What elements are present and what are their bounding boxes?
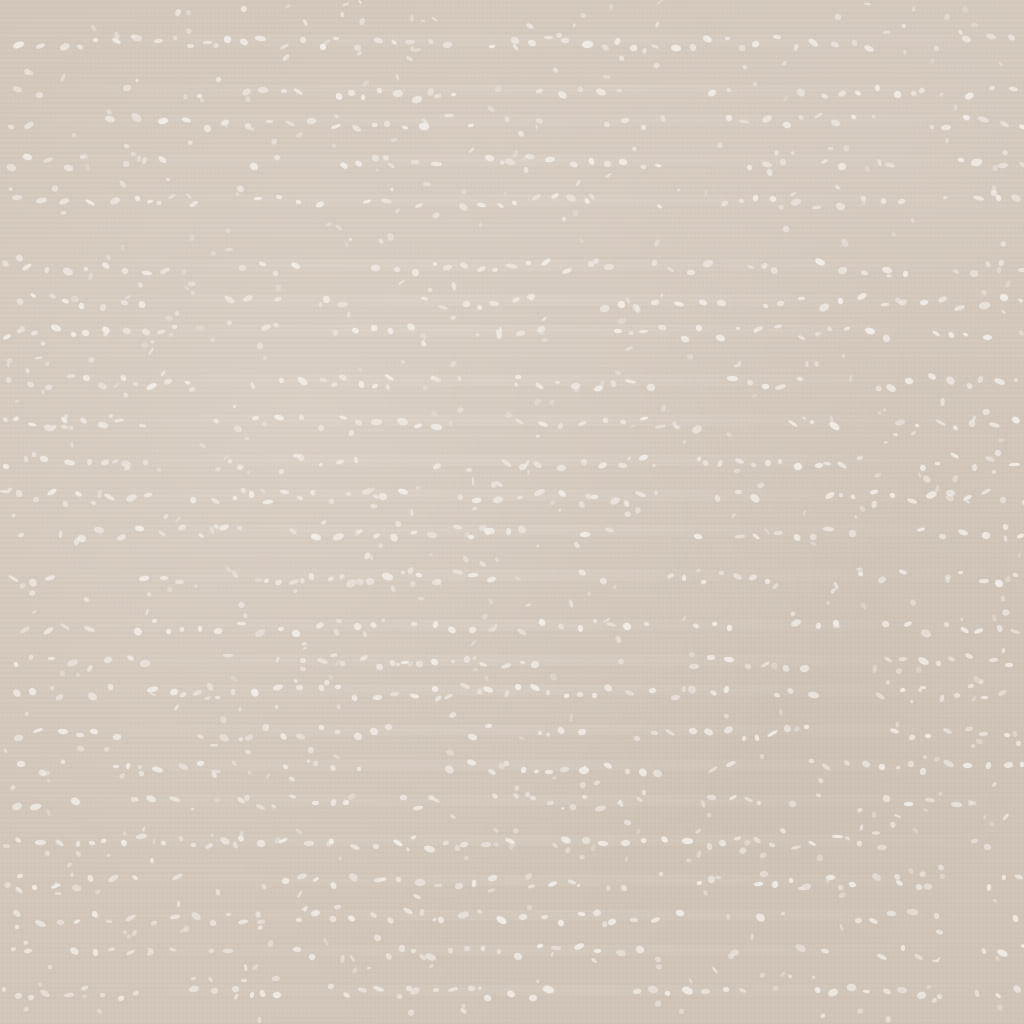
tuft-fleck xyxy=(113,765,119,768)
tuft-fleck xyxy=(724,657,734,663)
tuft-fleck xyxy=(641,165,646,170)
tuft-fleck xyxy=(272,270,278,276)
tuft-fleck xyxy=(8,487,12,490)
tuft-fleck xyxy=(639,329,648,333)
tuft-fleck xyxy=(923,755,927,759)
tuft-fleck xyxy=(367,966,371,969)
tuft-band xyxy=(0,655,1024,665)
tuft-fleck xyxy=(373,844,379,849)
tuft-band xyxy=(0,945,1024,955)
tuft-fleck xyxy=(2,844,9,849)
tuft-fleck xyxy=(371,418,382,425)
tuft-fleck xyxy=(215,696,220,699)
tuft-fleck xyxy=(226,320,232,325)
tuft-fleck xyxy=(582,795,587,799)
tuft-fleck xyxy=(544,36,553,39)
tuft-fleck xyxy=(789,801,796,807)
tuft-fleck xyxy=(727,375,738,380)
tuft-fleck xyxy=(907,909,918,915)
tuft-fleck xyxy=(933,912,939,919)
tuft-fleck xyxy=(1019,762,1024,767)
tuft-fleck xyxy=(2,987,6,992)
tuft-fleck xyxy=(411,621,417,625)
tuft-fleck xyxy=(717,143,722,148)
tuft-fleck xyxy=(527,905,533,910)
tuft-fleck xyxy=(431,424,442,430)
tuft-fleck xyxy=(196,325,204,330)
tuft-fleck xyxy=(682,838,693,845)
tuft-fleck xyxy=(604,160,611,167)
tuft-fleck xyxy=(728,954,734,959)
tuft-fleck xyxy=(750,934,754,940)
tuft-fleck xyxy=(130,34,135,38)
tuft-fleck xyxy=(29,687,36,694)
tuft-fleck xyxy=(739,199,744,203)
tuft-fleck xyxy=(431,161,442,165)
tuft-fleck xyxy=(991,190,997,196)
tuft-fleck xyxy=(386,384,390,389)
tuft-fleck xyxy=(971,23,978,27)
tuft-fleck xyxy=(79,303,85,309)
tuft-fleck xyxy=(904,802,913,806)
tuft-fleck xyxy=(647,384,655,391)
carpet-pile-overlay xyxy=(0,0,1024,1024)
tuft-fleck xyxy=(828,147,833,150)
tuft-fleck xyxy=(59,531,62,538)
tuft-fleck xyxy=(576,691,582,696)
tuft-fleck xyxy=(348,90,355,96)
tuft-fleck xyxy=(904,50,907,54)
tuft-fleck xyxy=(735,489,742,494)
tuft-fleck xyxy=(881,198,886,204)
tuft-band xyxy=(0,415,1024,425)
tuft-fleck xyxy=(167,586,173,592)
tuft-band xyxy=(0,570,1024,580)
tuft-fleck xyxy=(602,418,608,423)
tuft-fleck xyxy=(411,160,419,165)
tuft-fleck xyxy=(69,426,73,430)
tuft-fleck xyxy=(25,711,28,715)
tuft-fleck xyxy=(319,725,324,730)
tuft-fleck xyxy=(210,743,218,746)
tuft-fleck xyxy=(798,887,803,890)
tuft-fleck xyxy=(676,909,685,915)
tuft-fleck xyxy=(357,766,362,770)
tuft-fleck xyxy=(464,855,469,859)
tuft-fleck xyxy=(238,707,242,712)
tuft-fleck xyxy=(823,527,834,531)
tuft-fleck xyxy=(449,421,453,426)
tuft-fleck xyxy=(616,88,621,92)
tuft-fleck xyxy=(924,884,932,890)
tuft-fleck xyxy=(1012,572,1018,576)
tuft-fleck xyxy=(524,167,528,173)
tuft-fleck xyxy=(304,841,314,846)
tuft-fleck xyxy=(225,227,230,233)
tuft-fleck xyxy=(618,659,624,664)
tuft-fleck xyxy=(237,622,246,625)
tuft-fleck xyxy=(448,947,453,952)
tuft-fleck xyxy=(614,329,622,333)
tuft-fleck xyxy=(296,917,302,921)
tuft-fleck xyxy=(838,298,843,304)
tuft-fleck xyxy=(377,88,382,93)
tuft-fleck xyxy=(592,693,597,699)
tuft-fleck xyxy=(979,578,989,583)
tuft-fleck xyxy=(93,37,99,41)
tuft-fleck xyxy=(423,181,431,185)
tuft-fleck xyxy=(333,37,339,40)
tuft-fleck xyxy=(747,165,752,171)
tuft-fleck xyxy=(134,195,140,201)
tuft-fleck xyxy=(203,40,212,44)
tuft-fleck xyxy=(231,985,239,992)
tuft-fleck xyxy=(108,684,113,690)
tuft-fleck xyxy=(538,731,542,735)
tuft-band xyxy=(0,725,1024,735)
tuft-fleck xyxy=(610,380,616,388)
tuft-band xyxy=(0,525,1024,535)
tuft-fleck xyxy=(437,578,441,585)
tuft-fleck xyxy=(257,1017,262,1023)
tuft-fleck xyxy=(1018,267,1024,271)
tuft-band xyxy=(0,115,1024,125)
tuft-fleck xyxy=(106,920,112,923)
tuft-band xyxy=(0,875,1024,885)
tuft-fleck xyxy=(706,843,711,850)
tuft-fleck xyxy=(581,459,587,466)
tuft-fleck xyxy=(455,844,461,850)
tuft-fleck xyxy=(863,989,871,992)
tuft-fleck xyxy=(883,30,890,33)
tuft-fleck xyxy=(191,843,196,847)
tuft-fleck xyxy=(53,425,56,429)
tuft-fleck xyxy=(527,469,530,474)
tuft-fleck xyxy=(258,86,268,92)
tuft-fleck xyxy=(379,493,387,500)
tuft-fleck xyxy=(276,194,282,199)
tuft-fleck xyxy=(100,992,105,996)
tuft-fleck xyxy=(238,737,242,741)
tuft-fleck xyxy=(400,795,407,800)
tuft-fleck xyxy=(905,378,913,384)
tuft-fleck xyxy=(280,88,286,93)
tuft-fleck xyxy=(233,495,238,499)
tuft-fleck xyxy=(689,728,697,734)
tuft-fleck xyxy=(29,590,35,595)
tuft-fleck xyxy=(687,270,695,275)
tuft-band xyxy=(0,85,1024,95)
tuft-fleck xyxy=(23,455,28,461)
tuft-fleck xyxy=(172,35,177,40)
tuft-fleck xyxy=(970,801,976,806)
tuft-fleck xyxy=(91,501,96,506)
tuft-fleck xyxy=(35,840,46,845)
tuft-fleck xyxy=(884,440,888,443)
tuft-fleck xyxy=(550,500,555,504)
tuft-fleck xyxy=(131,152,136,156)
tuft-fleck xyxy=(302,641,307,645)
tuft-fleck xyxy=(187,44,194,48)
tuft-fleck xyxy=(64,164,74,171)
tuft-fleck xyxy=(823,461,831,465)
tuft-fleck xyxy=(392,89,403,97)
tuft-fleck xyxy=(156,201,160,206)
tuft-fleck xyxy=(815,361,819,367)
tuft-fleck xyxy=(594,948,601,953)
tuft-fleck xyxy=(335,684,341,688)
tuft-fleck xyxy=(14,924,18,929)
tuft-fleck xyxy=(652,464,655,467)
tuft-fleck xyxy=(529,994,537,1000)
tuft-fleck xyxy=(71,295,80,302)
tuft-fleck xyxy=(166,316,173,321)
tuft-fleck xyxy=(797,376,803,381)
tuft-fleck xyxy=(70,873,74,877)
tuft-fleck xyxy=(227,459,232,463)
tuft-fleck xyxy=(762,384,769,389)
tuft-fleck xyxy=(489,300,499,305)
tuft-fleck xyxy=(122,830,125,835)
tuft-fleck xyxy=(982,532,990,539)
tuft-fleck xyxy=(249,491,254,498)
tuft-fleck xyxy=(370,504,377,508)
tuft-fleck xyxy=(179,836,184,841)
tuft-fleck xyxy=(946,138,949,143)
tuft-fleck xyxy=(124,393,128,398)
tuft-fleck xyxy=(970,270,978,277)
tuft-fleck xyxy=(715,876,721,879)
tuft-fleck xyxy=(603,74,610,79)
carpet-texture-photo xyxy=(0,0,1024,1024)
tuft-fleck xyxy=(609,4,613,9)
tuft-fleck xyxy=(61,210,67,214)
tuft-fleck xyxy=(466,467,472,472)
tuft-fleck xyxy=(405,40,415,45)
tuft-fleck xyxy=(17,761,26,767)
tuft-fleck xyxy=(248,127,254,131)
tuft-fleck xyxy=(943,196,947,199)
tuft-fleck xyxy=(793,462,802,470)
tuft-fleck xyxy=(765,578,770,583)
tuft-fleck xyxy=(736,327,741,330)
tuft-fleck xyxy=(418,597,424,600)
tuft-fleck xyxy=(275,705,279,709)
tuft-fleck xyxy=(1001,596,1005,601)
tuft-fleck xyxy=(245,437,249,440)
tuft-fleck xyxy=(142,459,148,465)
tuft-band xyxy=(0,455,1024,465)
tuft-fleck xyxy=(834,13,841,20)
tuft-fleck xyxy=(644,622,649,626)
tuft-fleck xyxy=(714,495,720,503)
tuft-fleck xyxy=(832,835,843,838)
tuft-fleck xyxy=(526,260,531,264)
tuft-fleck xyxy=(345,491,350,496)
tuft-fleck xyxy=(555,381,560,384)
tuft-fleck xyxy=(839,493,844,497)
tuft-fleck xyxy=(641,790,645,795)
tuft-fleck xyxy=(719,570,724,574)
tuft-fleck xyxy=(58,729,68,734)
tuft-fleck xyxy=(153,38,162,43)
